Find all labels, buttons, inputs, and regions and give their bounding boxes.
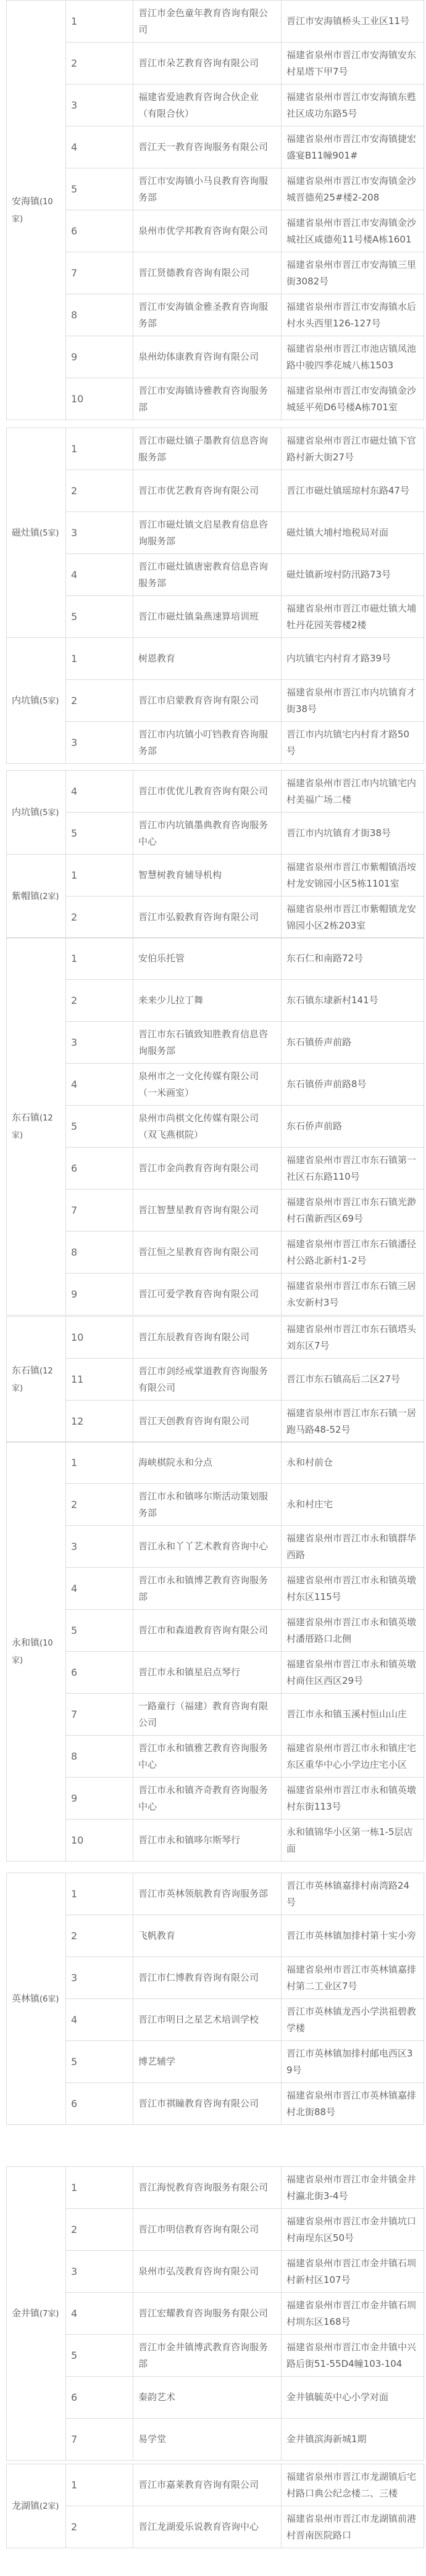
institution-name: 晋江市安海镇金雅圣教育咨询服务部 — [133, 294, 282, 336]
institution-address: 晋江市东石镇高后二区27号 — [282, 1359, 424, 1401]
row-number: 3 — [66, 512, 133, 554]
institution-address: 福建省泉州市晋江市金井镇石圳村圳东区168号 — [282, 2293, 424, 2335]
table-row: 7晋江智慧星教育咨询有限公司福建省泉州市晋江市东石镇光渺村石菌新西区69号 — [7, 1190, 424, 1232]
institution-name: 晋江市安海镇小马良教育咨询服务部 — [133, 168, 282, 210]
institution-name: 晋江海悦教育咨询服务有限公司 — [133, 2167, 282, 2209]
district-cell: 英林镇(6家) — [7, 1873, 66, 2125]
row-number: 4 — [66, 1064, 133, 1106]
district-count: (2家) — [40, 2502, 59, 2511]
institution-address: 福建省泉州市晋江市安海镇金沙城晋德苑25#楼2-208 — [282, 168, 424, 210]
institution-address: 永和村庄宅 — [282, 1484, 424, 1526]
district-block: 永和镇(10家)1海峡棋院永和分点永和村前仓2晋江市永和镇哆尔斯活动策划服务部永… — [6, 1441, 424, 1862]
table-row: 紫帽镇(2家)1智慧树教育辅导机构福建省泉州市晋江市紫帽镇浯垵村龙安锦园小区5栋… — [7, 855, 424, 897]
row-number: 1 — [66, 1873, 133, 1915]
institution-address: 福建省泉州市晋江市金井镇石圳村新村区107号 — [282, 2251, 424, 2293]
institution-name: 晋江市永和镇雅艺教育咨询服务中心 — [133, 1736, 282, 1778]
district-count: (5家) — [40, 808, 59, 818]
institution-name: 晋江市安海镇诗雅教育咨询服务部 — [133, 378, 282, 420]
institution-address: 福建省泉州市晋江市金井镇金井村瀛北街3-4号 — [282, 2167, 424, 2209]
institution-name: 晋江市明日之星艺术培训学校 — [133, 1999, 282, 2041]
institution-address: 磁灶镇大埔村地税局对面 — [282, 512, 424, 554]
table-row: 8晋江市安海镇金雅圣教育咨询服务部福建省泉州市晋江市安海镇水后村水头西里126-… — [7, 294, 424, 336]
row-number: 5 — [66, 1610, 133, 1652]
table-row: 5博艺辅学晋江市英林镇加排村邮电西区39号 — [7, 2041, 424, 2083]
table-row: 2飞帆教育晋江市英林镇加排村第十实小旁 — [7, 1915, 424, 1957]
institution-address: 福建省泉州市晋江市永和镇英墩村潘厝路口北侧 — [282, 1610, 424, 1652]
table-row: 4晋江市永和镇博艺教育咨询服务部福建省泉州市晋江市永和镇英墩村东区115号 — [7, 1568, 424, 1610]
district-cell: 紫帽镇(2家) — [7, 855, 66, 938]
institution-name: 晋江市仁博教育咨询有限公司 — [133, 1957, 282, 1999]
institution-name: 飞帆教育 — [133, 1915, 282, 1957]
table-row: 6晋江市金尚教育咨询有限公司福建省泉州市晋江市东石镇第一社区石东路110号 — [7, 1148, 424, 1190]
district-name: 磁灶镇 — [12, 527, 40, 538]
institution-address: 福建省泉州市晋江市英林镇嘉排村第二工业区7号 — [282, 1957, 424, 1999]
table-row: 2晋江市优艺教育咨询有限公司晋江市磁灶镇瑶琼村东路47号 — [7, 470, 424, 512]
institution-address: 福建省泉州市晋江市永和镇英墩村商住区西区29号 — [282, 1652, 424, 1694]
institution-address: 内坑镇宅内村育才路39号 — [282, 638, 424, 680]
district-name: 金井镇 — [12, 2308, 40, 2319]
row-number: 8 — [66, 1232, 133, 1274]
row-number: 6 — [66, 210, 133, 252]
district-cell: 金井镇(7家) — [7, 2167, 66, 2461]
district-count: (7家) — [40, 2309, 59, 2319]
institution-address: 福建省泉州市晋江市英林镇嘉排村北街88号 — [282, 2083, 424, 2125]
institution-address: 晋江市英林镇嘉排村南湾路24号 — [282, 1873, 424, 1915]
institution-name: 晋江市磁灶镇文启星教育信息咨询服务部 — [133, 512, 282, 554]
row-number: 1 — [66, 1, 133, 43]
table-row: 6秦韵艺术金井镇毓英中心小学对面 — [7, 2377, 424, 2419]
row-number: 8 — [66, 294, 133, 336]
table-row: 金井镇(7家)1晋江海悦教育咨询服务有限公司福建省泉州市晋江市金井镇金井村瀛北街… — [7, 2167, 424, 2209]
table-row: 磁灶镇(5家)1晋江市磁灶镇子墨教育信息咨询服务部福建省泉州市晋江市磁灶镇下官路… — [7, 428, 424, 470]
table-row: 7易学堂金井镇滨海新城1期 — [7, 2419, 424, 2461]
table-row: 9晋江市永和镇齐奇教育咨询服务中心福建省泉州市晋江市永和镇英墩村东街113号 — [7, 1778, 424, 1820]
district-cell: 永和镇(10家) — [7, 1442, 66, 1862]
row-number: 1 — [66, 2464, 133, 2506]
institution-name: 晋江市磁灶镇唐密教育信息咨询服务部 — [133, 554, 282, 596]
institution-address: 福建省泉州市晋江市东石镇一居跑马路48-52号 — [282, 1401, 424, 1443]
institution-name: 晋江市优艺教育咨询有限公司 — [133, 470, 282, 512]
institution-address: 福建省泉州市晋江市永和镇英墩村东区115号 — [282, 1568, 424, 1610]
institution-address: 福建省泉州市晋江市安海镇金沙城社区咸德苑11号楼A栋1601 — [282, 210, 424, 252]
row-number: 2 — [66, 980, 133, 1022]
table-row: 安海镇(10家)1晋江市金色童年教育咨询有限公司晋江市安海镇桥头工业区11号 — [7, 1, 424, 43]
institution-address: 福建省泉州市晋江市东石镇塔头刘东区7号 — [282, 1317, 424, 1359]
institution-name: 晋江市启蒙教育咨询有限公司 — [133, 680, 282, 722]
institution-name: 晋江天创教育咨询有限公司 — [133, 1401, 282, 1443]
institution-address: 晋江市英林镇加排村邮电西区39号 — [282, 2041, 424, 2083]
institution-name: 晋江市朵艺教育咨询有限公司 — [133, 43, 282, 85]
district-cell: 磁灶镇(5家) — [7, 428, 66, 638]
table-row: 5晋江市安海镇小马良教育咨询服务部福建省泉州市晋江市安海镇金沙城晋德苑25#楼2… — [7, 168, 424, 210]
row-number: 5 — [66, 2335, 133, 2377]
table-row: 7晋江贤德教育咨询有限公司福建省泉州市晋江市安海镇三里街3082号 — [7, 252, 424, 294]
institution-address: 福建省泉州市晋江市磁灶镇下官路村新大街27号 — [282, 428, 424, 470]
row-number: 1 — [66, 2167, 133, 2209]
table-row: 2晋江龙湖爱乐说教育咨询中心福建省泉州市晋江市龙湖镇前港村晋南医院路口 — [7, 2506, 424, 2548]
institution-name: 晋江市永和镇哆尔斯琴行 — [133, 1820, 282, 1862]
institution-address: 磁灶镇新垵村防汛路73号 — [282, 554, 424, 596]
district-count: (5家) — [40, 529, 59, 538]
district-cell: 龙湖镇(2家) — [7, 2464, 66, 2548]
institution-address: 福建省泉州市晋江市安海镇水后村水头西里126-127号 — [282, 294, 424, 336]
row-number: 2 — [66, 2209, 133, 2251]
institution-address: 东石镇侨声前路 — [282, 1022, 424, 1064]
institution-address: 晋江市内坑镇宅内村育才路50号 — [282, 722, 424, 764]
row-number: 2 — [66, 1915, 133, 1957]
institution-address: 福建省泉州市晋江市永和镇英墩村东街113号 — [282, 1778, 424, 1820]
table-row: 2晋江市明信教育咨询有限公司福建省泉州市晋江市金井镇坑口村南埕东区50号 — [7, 2209, 424, 2251]
row-number: 3 — [66, 2251, 133, 2293]
institution-name: 晋江市金井镇博武教育咨询服务部 — [133, 2335, 282, 2377]
table-row: 8晋江恒之星教育咨询有限公司福建省泉州市晋江市东石镇潘径村公路北新村1-2号 — [7, 1232, 424, 1274]
row-number: 8 — [66, 1736, 133, 1778]
institution-address: 福建省泉州市晋江市安海镇金沙城延平苑D6号楼A栋701室 — [282, 378, 424, 420]
row-number: 7 — [66, 1694, 133, 1736]
institution-name: 智慧树教育辅导机构 — [133, 855, 282, 897]
institution-name: 晋江天一教育咨询服务有限公司 — [133, 126, 282, 168]
row-number: 12 — [66, 1401, 133, 1443]
table-row: 6晋江市祺瞳教育咨询有限公司福建省泉州市晋江市英林镇嘉排村北街88号 — [7, 2083, 424, 2125]
row-number: 2 — [66, 43, 133, 85]
table-row: 9泉州幼体康教育咨询有限公司福建省泉州市晋江市池店镇凤池路中骏四季花城八栋150… — [7, 336, 424, 378]
table-row: 11晋江市剑经戒掌道教育咨询服务有限公司晋江市东石镇高后二区27号 — [7, 1359, 424, 1401]
row-number: 5 — [66, 813, 133, 855]
institution-address: 福建省泉州市晋江市东石镇三居永安新村3号 — [282, 1274, 424, 1315]
institution-address: 永和村前仓 — [282, 1442, 424, 1484]
district-count: (2家) — [40, 892, 59, 901]
row-number: 1 — [66, 638, 133, 680]
institution-address: 福建省泉州市晋江市金井镇中兴路后街51-55D4幢103-104 — [282, 2335, 424, 2377]
institution-name: 晋江智慧星教育咨询有限公司 — [133, 1190, 282, 1232]
row-number: 2 — [66, 1484, 133, 1526]
table-row: 4晋江天一教育咨询服务有限公司福建省泉州市晋江市安海镇捷宏盛宴B11幢901# — [7, 126, 424, 168]
institution-name: 晋江市磁灶镇子墨教育信息咨询服务部 — [133, 428, 282, 470]
institution-name: 晋江永和丫丫艺术教育咨询中心 — [133, 1526, 282, 1568]
row-number: 6 — [66, 2377, 133, 2419]
institution-name: 晋江市剑经戒掌道教育咨询服务有限公司 — [133, 1359, 282, 1401]
district-name: 龙湖镇 — [12, 2500, 40, 2511]
institution-address: 福建省泉州市晋江市龙湖镇前港村晋南医院路口 — [282, 2506, 424, 2548]
table-row: 3晋江市内坑镇小叮铛教育咨询服务部晋江市内坑镇宅内村育才路50号 — [7, 722, 424, 764]
institution-name: 晋江市永和镇哆尔斯活动策划服务部 — [133, 1484, 282, 1526]
table-row: 3晋江永和丫丫艺术教育咨询中心福建省泉州市晋江市永和镇群华西路 — [7, 1526, 424, 1568]
district-name: 安海镇 — [12, 196, 40, 207]
institution-address: 福建省泉州市晋江市安海镇三里街3082号 — [282, 252, 424, 294]
institution-name: 晋江东辰教育咨询有限公司 — [133, 1317, 282, 1359]
district-block: 安海镇(10家)1晋江市金色童年教育咨询有限公司晋江市安海镇桥头工业区11号2晋… — [6, 0, 424, 420]
row-number: 10 — [66, 1317, 133, 1359]
table-row: 3泉州市弘茂教育咨询有限公司福建省泉州市晋江市金井镇石圳村新村区107号 — [7, 2251, 424, 2293]
institution-address: 福建省泉州市晋江市紫帽镇龙安锦园小区2栋203室 — [282, 897, 424, 938]
institution-name: 泉州幼体康教育咨询有限公司 — [133, 336, 282, 378]
row-number: 1 — [66, 855, 133, 897]
row-number: 7 — [66, 1190, 133, 1232]
table-row: 6泉州市优学邦教育咨询有限公司福建省泉州市晋江市安海镇金沙城社区咸德苑11号楼A… — [7, 210, 424, 252]
row-number: 7 — [66, 2419, 133, 2461]
district-cell: 东石镇(12家) — [7, 938, 66, 1315]
institution-name: 晋江市磁灶镇枭燕速算培训班 — [133, 596, 282, 638]
institution-name: 晋江市弘毅教育咨询有限公司 — [133, 897, 282, 938]
table-row: 5晋江市和森道教育咨询有限公司福建省泉州市晋江市永和镇英墩村潘厝路口北侧 — [7, 1610, 424, 1652]
table-row: 10晋江市安海镇诗雅教育咨询服务部福建省泉州市晋江市安海镇金沙城延平苑D6号楼A… — [7, 378, 424, 420]
institution-address: 福建省泉州市晋江市紫帽镇浯垵村龙安锦园小区5栋1101室 — [282, 855, 424, 897]
table-row: 2晋江市弘毅教育咨询有限公司福建省泉州市晋江市紫帽镇龙安锦园小区2栋203室 — [7, 897, 424, 938]
institution-address: 晋江市英林镇加排村第十实小旁 — [282, 1915, 424, 1957]
district-name: 永和镇 — [12, 1637, 40, 1648]
row-number: 3 — [66, 85, 133, 126]
institution-address: 东石侨声前路 — [282, 1106, 424, 1148]
table-row: 3晋江市仁博教育咨询有限公司福建省泉州市晋江市英林镇嘉排村第二工业区7号 — [7, 1957, 424, 1999]
table-row: 东石镇(12家)1安伯乐托管东石仁和南路72号 — [7, 938, 424, 980]
table-row: 9晋江可爱学教育咨询有限公司福建省泉州市晋江市东石镇三居永安新村3号 — [7, 1274, 424, 1315]
institution-address: 东石镇东埭新村141号 — [282, 980, 424, 1022]
district-name: 东石镇 — [12, 1112, 40, 1123]
row-number: 9 — [66, 1778, 133, 1820]
row-number: 4 — [66, 1568, 133, 1610]
row-number: 6 — [66, 1148, 133, 1190]
table-row: 4晋江市磁灶镇唐密教育信息咨询服务部磁灶镇新垵村防汛路73号 — [7, 554, 424, 596]
district-block: 紫帽镇(2家)1智慧树教育辅导机构福建省泉州市晋江市紫帽镇浯垵村龙安锦园小区5栋… — [6, 854, 424, 938]
row-number: 2 — [66, 897, 133, 938]
row-number: 5 — [66, 1106, 133, 1148]
district-block: 东石镇(12家)1安伯乐托管东石仁和南路72号2来来少儿拉丁舞东石镇东埭新村14… — [6, 937, 424, 1315]
institution-name: 晋江市永和镇博艺教育咨询服务部 — [133, 1568, 282, 1610]
institution-address: 东石仁和南路72号 — [282, 938, 424, 980]
district-count: (5家) — [40, 697, 59, 706]
table-row: 4晋江市明日之星艺术培训学校晋江市英林镇龙西小学洪祖碧教学楼 — [7, 1999, 424, 2041]
institution-name: 晋江市内坑镇小叮铛教育咨询服务部 — [133, 722, 282, 764]
institution-address: 福建省泉州市晋江市龙湖镇后宅村路口典公纪念楼二、三楼 — [282, 2464, 424, 2506]
district-name: 紫帽镇 — [12, 890, 40, 901]
row-number: 1 — [66, 1442, 133, 1484]
institution-name: 来来少儿拉丁舞 — [133, 980, 282, 1022]
row-number: 3 — [66, 722, 133, 764]
table-row: 3福建省爱迪教育咨询合伙企业（有限合伙）福建省泉州市晋江市安海镇东甦社区成功东路… — [7, 85, 424, 126]
institution-address: 福建省泉州市晋江市磁灶镇大埔牡丹花园芙蓉楼2楼 — [282, 596, 424, 638]
table-row: 4晋江宏耀教育咨询服务有限公司福建省泉州市晋江市金井镇石圳村圳东区168号 — [7, 2293, 424, 2335]
institution-address: 福建省泉州市晋江市东石镇第一社区石东路110号 — [282, 1148, 424, 1190]
row-number: 3 — [66, 1022, 133, 1064]
row-number: 4 — [66, 771, 133, 813]
institution-name: 安伯乐托管 — [133, 938, 282, 980]
institution-name: 秦韵艺术 — [133, 2377, 282, 2419]
institution-address: 福建省泉州市晋江市内坑镇宅内村美福广场二楼 — [282, 771, 424, 813]
institution-name: 易学堂 — [133, 2419, 282, 2461]
institution-address: 东石镇侨声前路8号 — [282, 1064, 424, 1106]
institution-name: 晋江市东石镇致知胜教育信息咨询服务部 — [133, 1022, 282, 1064]
district-block: 东石镇(12家)10晋江东辰教育咨询有限公司福建省泉州市晋江市东石镇塔头刘东区7… — [6, 1316, 424, 1443]
table-row: 内坑镇(5家)1树恩教育内坑镇宅内村育才路39号 — [7, 638, 424, 680]
district-name: 内坑镇 — [12, 695, 40, 706]
institution-address: 福建省泉州市晋江市金井镇坑口村南埕东区50号 — [282, 2209, 424, 2251]
row-number: 5 — [66, 2041, 133, 2083]
institution-address: 晋江市磁灶镇瑶琼村东路47号 — [282, 470, 424, 512]
table-row: 龙湖镇(2家)1晋江市嘉莱教育咨询有限公司福建省泉州市晋江市龙湖镇后宅村路口典公… — [7, 2464, 424, 2506]
table-row: 10晋江市永和镇哆尔斯琴行永和镇锦华小区第一栋1-5层店面 — [7, 1820, 424, 1862]
institution-name: 晋江市明信教育咨询有限公司 — [133, 2209, 282, 2251]
table-row: 4泉州市之一文化传媒有限公司（一米画室）东石镇侨声前路8号 — [7, 1064, 424, 1106]
district-count: (6家) — [40, 1995, 59, 2004]
district-cell: 安海镇(10家) — [7, 1, 66, 420]
row-number: 5 — [66, 168, 133, 210]
institution-address: 金井镇毓英中心小学对面 — [282, 2377, 424, 2419]
institution-address: 福建省泉州市晋江市东石镇光渺村石菌新西区69号 — [282, 1190, 424, 1232]
row-number: 4 — [66, 2293, 133, 2335]
institution-address: 晋江市安海镇桥头工业区11号 — [282, 1, 424, 43]
institution-address: 永和镇锦华小区第一栋1-5层店面 — [282, 1820, 424, 1862]
institution-address: 福建省泉州市晋江市池店镇凤池路中骏四季花城八栋1503 — [282, 336, 424, 378]
row-number: 9 — [66, 1274, 133, 1315]
row-number: 4 — [66, 554, 133, 596]
institution-name: 海峡棋院永和分点 — [133, 1442, 282, 1484]
institution-name: 晋江市英林领航教育咨询服务部 — [133, 1873, 282, 1915]
institution-name: 泉州市弘茂教育咨询有限公司 — [133, 2251, 282, 2293]
institution-name: 晋江可爱学教育咨询有限公司 — [133, 1274, 282, 1315]
institution-address: 福建省泉州市晋江市永和镇群华西路 — [282, 1526, 424, 1568]
institution-name: 晋江市优优儿教育咨询有限公司 — [133, 771, 282, 813]
institution-address: 福建省泉州市晋江市永和镇庄宅东区重华中心小学边庄宅小区 — [282, 1736, 424, 1778]
row-number: 4 — [66, 126, 133, 168]
row-number: 2 — [66, 680, 133, 722]
table-row: 5晋江市磁灶镇枭燕速算培训班福建省泉州市晋江市磁灶镇大埔牡丹花园芙蓉楼2楼 — [7, 596, 424, 638]
district-name: 东石镇 — [12, 1365, 40, 1376]
institution-name: 晋江市金色童年教育咨询有限公司 — [133, 1, 282, 43]
institution-address: 福建省泉州市晋江市安海镇捷宏盛宴B11幢901# — [282, 126, 424, 168]
institution-name: 福建省爱迪教育咨询合伙企业（有限合伙） — [133, 85, 282, 126]
row-number: 11 — [66, 1359, 133, 1401]
institution-name: 晋江龙湖爱乐说教育咨询中心 — [133, 2506, 282, 2548]
table-row: 5泉州市尚棋文化传媒有限公司（双飞燕棋院）东石侨声前路 — [7, 1106, 424, 1148]
row-number: 1 — [66, 428, 133, 470]
institution-address: 金井镇滨海新城1期 — [282, 2419, 424, 2461]
row-number: 10 — [66, 378, 133, 420]
row-number: 6 — [66, 2083, 133, 2125]
institution-address: 晋江市内坑镇育才街38号 — [282, 813, 424, 855]
institution-name: 晋江市永和镇星启点琴行 — [133, 1652, 282, 1694]
district-block: 磁灶镇(5家)1晋江市磁灶镇子墨教育信息咨询服务部福建省泉州市晋江市磁灶镇下官路… — [6, 428, 424, 638]
institution-address: 福建省泉州市晋江市安海镇安东村星塔下甲7号 — [282, 43, 424, 85]
table-row: 永和镇(10家)1海峡棋院永和分点永和村前仓 — [7, 1442, 424, 1484]
institution-address: 福建省泉州市晋江市东石镇潘径村公路北新村1-2号 — [282, 1232, 424, 1274]
row-number: 10 — [66, 1820, 133, 1862]
table-row: 2晋江市启蒙教育咨询有限公司福建省泉州市晋江市内坑镇育才街38号 — [7, 680, 424, 722]
table-row: 5晋江市金井镇博武教育咨询服务部福建省泉州市晋江市金井镇中兴路后街51-55D4… — [7, 2335, 424, 2377]
table-row: 2晋江市朵艺教育咨询有限公司福建省泉州市晋江市安海镇安东村星塔下甲7号 — [7, 43, 424, 85]
table-row: 内坑镇(5家)4晋江市优优儿教育咨询有限公司福建省泉州市晋江市内坑镇宅内村美福广… — [7, 771, 424, 813]
district-block: 内坑镇(5家)4晋江市优优儿教育咨询有限公司福建省泉州市晋江市内坑镇宅内村美福广… — [6, 770, 424, 855]
row-number: 5 — [66, 596, 133, 638]
table-row: 12晋江天创教育咨询有限公司福建省泉州市晋江市东石镇一居跑马路48-52号 — [7, 1401, 424, 1443]
institution-address: 晋江市永和镇玉溪村恒山山庄 — [282, 1694, 424, 1736]
institution-name: 博艺辅学 — [133, 2041, 282, 2083]
table-row: 东石镇(12家)10晋江东辰教育咨询有限公司福建省泉州市晋江市东石镇塔头刘东区7… — [7, 1317, 424, 1359]
district-cell: 内坑镇(5家) — [7, 638, 66, 764]
institution-name: 晋江宏耀教育咨询服务有限公司 — [133, 2293, 282, 2335]
institution-address: 福建省泉州市晋江市内坑镇育才街38号 — [282, 680, 424, 722]
district-cell: 东石镇(12家) — [7, 1317, 66, 1443]
table-row: 6晋江市永和镇星启点琴行福建省泉州市晋江市永和镇英墩村商住区西区29号 — [7, 1652, 424, 1694]
district-cell: 内坑镇(5家) — [7, 771, 66, 855]
row-number: 9 — [66, 336, 133, 378]
district-block: 内坑镇(5家)1树恩教育内坑镇宅内村育才路39号2晋江市启蒙教育咨询有限公司福建… — [6, 637, 424, 764]
institution-address: 福建省泉州市晋江市安海镇东甦社区成功东路5号 — [282, 85, 424, 126]
table-row: 英林镇(6家)1晋江市英林领航教育咨询服务部晋江市英林镇嘉排村南湾路24号 — [7, 1873, 424, 1915]
row-number: 2 — [66, 470, 133, 512]
row-number: 3 — [66, 1526, 133, 1568]
institution-name: 晋江市金尚教育咨询有限公司 — [133, 1148, 282, 1190]
district-name: 内坑镇 — [12, 806, 40, 818]
table-row: 3晋江市磁灶镇文启星教育信息咨询服务部磁灶镇大埔村地税局对面 — [7, 512, 424, 554]
district-name: 英林镇 — [12, 1993, 40, 2004]
institution-name: 一路童行（福建）教育咨询有限公司 — [133, 1694, 282, 1736]
row-number: 4 — [66, 1999, 133, 2041]
institution-name: 泉州市之一文化传媒有限公司（一米画室） — [133, 1064, 282, 1106]
district-block: 英林镇(6家)1晋江市英林领航教育咨询服务部晋江市英林镇嘉排村南湾路24号2飞帆… — [6, 1873, 424, 2125]
table-row: 5晋江市内坑镇墨典教育咨询服务中心晋江市内坑镇育才街38号 — [7, 813, 424, 855]
row-number: 1 — [66, 938, 133, 980]
district-block: 龙湖镇(2家)1晋江市嘉莱教育咨询有限公司福建省泉州市晋江市龙湖镇后宅村路口典公… — [6, 2464, 424, 2548]
row-number: 6 — [66, 1652, 133, 1694]
row-number: 2 — [66, 2506, 133, 2548]
institution-name: 泉州市尚棋文化传媒有限公司（双飞燕棋院） — [133, 1106, 282, 1148]
institution-name: 晋江市祺瞳教育咨询有限公司 — [133, 2083, 282, 2125]
row-number: 3 — [66, 1957, 133, 1999]
table-row: 7一路童行（福建）教育咨询有限公司晋江市永和镇玉溪村恒山山庄 — [7, 1694, 424, 1736]
table-row: 2晋江市永和镇哆尔斯活动策划服务部永和村庄宅 — [7, 1484, 424, 1526]
institution-name: 晋江恒之星教育咨询有限公司 — [133, 1232, 282, 1274]
institution-name: 晋江市永和镇齐奇教育咨询服务中心 — [133, 1778, 282, 1820]
institution-name: 晋江市和森道教育咨询有限公司 — [133, 1610, 282, 1652]
institution-name: 晋江贤德教育咨询有限公司 — [133, 252, 282, 294]
institution-address: 晋江市英林镇龙西小学洪祖碧教学楼 — [282, 1999, 424, 2041]
table-row: 2来来少儿拉丁舞东石镇东埭新村141号 — [7, 980, 424, 1022]
institution-name: 树恩教育 — [133, 638, 282, 680]
row-number: 7 — [66, 252, 133, 294]
table-row: 3晋江市东石镇致知胜教育信息咨询服务部东石镇侨声前路 — [7, 1022, 424, 1064]
institution-name: 晋江市嘉莱教育咨询有限公司 — [133, 2464, 282, 2506]
institution-name: 泉州市优学邦教育咨询有限公司 — [133, 210, 282, 252]
district-block: 金井镇(7家)1晋江海悦教育咨询服务有限公司福建省泉州市晋江市金井镇金井村瀛北街… — [6, 2166, 424, 2461]
institution-name: 晋江市内坑镇墨典教育咨询服务中心 — [133, 813, 282, 855]
table-row: 8晋江市永和镇雅艺教育咨询服务中心福建省泉州市晋江市永和镇庄宅东区重华中心小学边… — [7, 1736, 424, 1778]
